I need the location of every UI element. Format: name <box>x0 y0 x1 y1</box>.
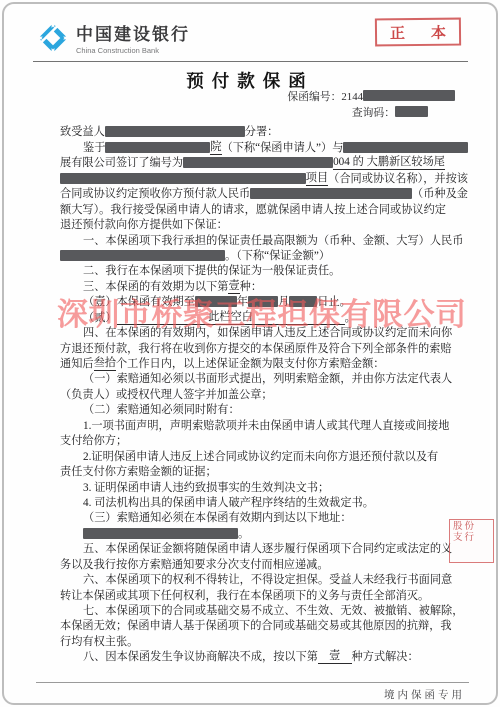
redaction-box <box>83 528 238 539</box>
document-line: 务以及我行按你方索赔通知要求分次支付而相应递减。 <box>60 556 468 571</box>
text-segment: 3. 证明保函申请人违约致损事实的生效判决文书； <box>83 479 329 495</box>
branch-seal-line1: 股份 <box>453 522 493 533</box>
text-segment: （负责人）或授权代理人签字并加盖公章； <box>60 386 273 402</box>
redaction-box <box>250 188 412 199</box>
text-segment: 通知后 <box>60 355 94 371</box>
underlined-text-segment: 壹 <box>318 647 352 664</box>
document-line: 五、本保函保证金额将随保函申请人逐步履行保函项下合同约定或法定的义 <box>60 541 468 556</box>
redaction-box <box>183 157 333 168</box>
text-segment: 展有限公司签订了编号为 <box>60 154 183 170</box>
document-line: 通知后叁拾个工作日内，以上述保证金额为限支付你方索赔金额： <box>60 356 468 371</box>
header-divider <box>33 61 468 62</box>
document-line: 2.证明保函申请人违反上述合同或协议约定而未向你方退还预付款以及有 <box>60 448 468 463</box>
document-line: 二、我行在本保函项下提供的保证为一般保证责任。 <box>60 263 468 278</box>
text-segment: 个工作日内，以上述保证金额为限支付你方索赔金额： <box>116 355 385 371</box>
bank-name-en: China Construction Bank <box>76 46 190 55</box>
text-segment: （合同或协议名称），并按该 <box>328 170 468 186</box>
document-line: （一）索赔通知必须以书面形式提出，列明索赔金额，并由你方法定代表人 <box>60 371 468 386</box>
footer-divider <box>36 682 469 683</box>
text-segment: 二、我行在本保函项下提供的保证为一般保证责任。 <box>83 262 340 278</box>
document-line: 四、在本保函的有效期内，如保函申请人违反上述合同或协议约定而未向你 <box>60 325 468 340</box>
text-segment: 本保函无效；保函申请人基于保函项下的合同或基础交易或其他原因的抗辩，我 <box>60 617 452 633</box>
document-line: 。 <box>60 525 468 540</box>
text-segment: 1.一项书面声明，声明索赔款项并未由保函申请人或其代理人直接或间接地 <box>83 417 449 433</box>
text-segment: 鉴于 <box>83 139 105 155</box>
query-code-row: 查询码： <box>352 105 428 120</box>
text-segment: 退还预付款向你方提供如下保证： <box>60 216 228 232</box>
document-line: 本保函无效；保函申请人基于保函项下的合同或基础交易或其他原因的抗辩，我 <box>60 618 468 633</box>
document-line: 3. 证明保函申请人违约致损事实的生效判决文书； <box>60 479 468 494</box>
redaction-box <box>60 250 225 261</box>
text-segment: 四、在本保函的有效期内，如保函申请人违反上述合同或协议约定而未向你 <box>83 324 452 340</box>
redaction-box <box>105 142 210 153</box>
text-segment: 责任支付你方索赔金额的证据； <box>60 463 217 479</box>
branch-seal-line2: 支行 <box>453 533 493 544</box>
underlined-text-segment: 叁拾 <box>94 354 116 371</box>
text-segment: （二）索赔通知必须同时附有： <box>83 401 240 417</box>
original-copy-stamp-text: 正本 <box>390 21 472 43</box>
document-line: 六、本保函项下的权利不得转让，不得设定担保。受益人未经我行书面同意 <box>60 572 468 587</box>
document-line: 行均有权主张。 <box>60 633 468 648</box>
document-line: 七、本保函项下的合同或基础交易不成立、不生效、无效、被撤销、被解除， <box>60 603 468 618</box>
text-segment: （币种及金 <box>412 185 468 201</box>
text-segment: 三、本保函的有效期为以下第 <box>83 278 228 294</box>
redaction-box <box>289 296 317 307</box>
text-segment: 转让本保函或其项下任何权利，我行在本保函项下的义务与责任全部消灭。 <box>60 587 429 603</box>
text-segment: 。 <box>238 525 249 541</box>
text-segment: 行均有权主张。 <box>60 633 138 649</box>
text-segment: 。 <box>345 309 356 325</box>
text-segment: 4. 司法机构出具的保函申请人破产程序终结的生效裁定书。 <box>83 494 374 510</box>
blank-field: 此栏空白 <box>117 308 345 325</box>
document-line: （三）索赔通知必须在本保函有效期内到达以下地址： <box>60 510 468 525</box>
text-segment: 致受益人 <box>60 123 105 139</box>
footer-note: 境内保函专用 <box>384 687 465 702</box>
text-segment: 务以及我行按你方索赔通知要求分次支付而相应递减。 <box>60 556 329 572</box>
redaction-box <box>248 296 278 307</box>
text-segment: 五、本保函保证金额将随保函申请人逐步履行保函项下合同约定或法定的义 <box>83 540 452 556</box>
underlined-text-segment: 004 的 大鹏新区较场尾 <box>333 153 445 170</box>
text-segment: （一）索赔通知必须以书面形式提出，列明索赔金额，并由你方法定代表人 <box>83 370 452 386</box>
document-line: 展有限公司签订了编号为004 的 大鹏新区较场尾 <box>60 155 468 170</box>
text-segment: 。（下称“保证金额”） <box>225 247 330 263</box>
document-line: 责任支付你方索赔金额的证据； <box>60 464 468 479</box>
document-line: 退还预付款向你方提供如下保证： <box>60 217 468 232</box>
guarantee-document-page: 中国建设银行 China Construction Bank 正本 预付款保函 … <box>0 0 500 707</box>
text-segment: 八、因本保函发生争议协商解决不成，按以下第 <box>83 648 318 664</box>
document-line: 4. 司法机构出具的保函申请人破产程序终结的生效裁定书。 <box>60 495 468 510</box>
text-segment: 一、本保函项下我行承担的保证责任最高限额为（币种、金额、大写）人民币 <box>83 232 463 248</box>
redaction-box <box>363 90 455 101</box>
text-segment: 合同或协议约定预收你方预付款人民币 <box>60 185 250 201</box>
text-segment: （三）索赔通知必须在本保函有效期内到达以下地址： <box>83 509 352 525</box>
document-line: 一、本保函项下我行承担的保证责任最高限额为（币种、金额、大写）人民币 <box>60 232 468 247</box>
branch-seal-partial-stamp: 股份 支行 <box>449 519 494 563</box>
redaction-box <box>195 296 237 307</box>
bank-header: 中国建设银行 China Construction Bank <box>38 20 190 55</box>
text-segment: 方退还预付款，我行将在收到你方提交的本保函原件及符合下列全部条件的索赔 <box>60 340 452 356</box>
text-segment: 2.证明保函申请人违反上述合同或协议约定而未向你方退还预付款以及有 <box>83 448 438 464</box>
text-segment: 七、本保函项下的合同或基础交易不成立、不生效、无效、被撤销、被解除， <box>83 602 463 618</box>
redaction-box <box>343 142 468 153</box>
text-segment: 分署： <box>245 123 279 139</box>
text-segment: 种方式解决： <box>352 648 419 664</box>
document-line: 八、因本保函发生争议协商解决不成，按以下第 壹 种方式解决： <box>60 649 468 664</box>
bank-name-block: 中国建设银行 China Construction Bank <box>76 20 190 55</box>
guarantee-number-label: 保函编号： <box>287 89 341 104</box>
document-body: 致受益人分署：鉴于院（下称“保函申请人”）与展有限公司签订了编号为004 的 大… <box>60 124 468 664</box>
guarantee-number-value: 2144 <box>341 91 363 103</box>
guarantee-number-row: 保函编号： 2144 <box>287 89 455 104</box>
document-line: 方退还预付款，我行将在收到你方提交的本保函原件及符合下列全部条件的索赔 <box>60 340 468 355</box>
document-line: 1.一项书面声明，声明索赔款项并未由保函申请人或其代理人直接或间接地 <box>60 417 468 432</box>
document-line: 三、本保函的有效期为以下第壹种： <box>60 278 468 293</box>
document-line: 致受益人分署： <box>60 124 468 139</box>
original-copy-stamp: 正本 <box>375 18 461 47</box>
bank-name-cn: 中国建设银行 <box>76 20 190 45</box>
document-line: 合同或协议约定预收你方预付款人民币（币种及金 <box>60 186 468 201</box>
text-segment: 六、本保函项下的权利不得转让，不得设定担保。受益人未经我行书面同意 <box>83 571 452 587</box>
document-line: 项目（合同或协议名称），并按该 <box>60 170 468 185</box>
text-segment: 支付给你方； <box>60 432 127 448</box>
text-segment: （下称“保函申请人”）与 <box>222 139 344 155</box>
document-line: （二）索赔通知必须同时附有： <box>60 402 468 417</box>
document-line: （负责人）或授权代理人签字并加盖公章； <box>60 386 468 401</box>
underlined-text-segment: 项目 <box>306 169 328 186</box>
underlined-text-segment: 壹 <box>228 277 239 294</box>
document-line: 。（下称“保证金额”） <box>60 248 468 263</box>
redaction-box <box>395 106 428 117</box>
document-line: 额大写）。我行接受保函申请人的请求，愿就保函申请人按上述合同或协议约定 <box>60 201 468 216</box>
text-segment: （贰） <box>83 309 117 325</box>
query-code-label: 查询码： <box>352 105 395 120</box>
document-line: 支付给你方； <box>60 433 468 448</box>
document-line: （贰）此栏空白。 <box>60 309 468 324</box>
text-segment: 额大写）。我行接受保函申请人的请求，愿就保函申请人按上述合同或协议约定 <box>60 201 446 217</box>
redaction-box <box>105 126 245 137</box>
document-line: 转让本保函或其项下任何权利，我行在本保函项下的义务与责任全部消灭。 <box>60 587 468 602</box>
redaction-box <box>60 173 306 184</box>
ccb-bank-logo-icon <box>38 23 68 53</box>
underlined-text-segment: 院 <box>210 138 221 155</box>
text-segment: 种： <box>240 278 262 294</box>
